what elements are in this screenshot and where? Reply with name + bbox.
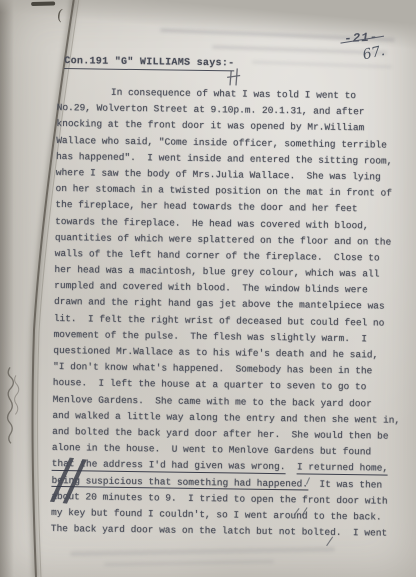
typed-text: questioned Mr.Wallace as to his wife's d… bbox=[53, 345, 378, 361]
typed-text: alone in the house. U went to Menlove Ga… bbox=[52, 442, 371, 457]
typed-text: towards the fireplace. He head was cover… bbox=[55, 215, 369, 230]
underlined-text: being suspicious that something had happ… bbox=[51, 474, 308, 490]
pencil-paren-mark: ( bbox=[56, 6, 64, 25]
underlined-text: that the address I'd had given was wrong… bbox=[52, 458, 286, 474]
statement-body: In consequence of what I was told I went… bbox=[51, 84, 413, 542]
typed-text: rumpled and covered with blood. The wind… bbox=[54, 280, 368, 295]
typed-text: It was then bbox=[308, 478, 382, 490]
typed-text: my key but found I couldn't, so I went a… bbox=[51, 507, 382, 523]
typed-text: quantities of which were splattered on t… bbox=[55, 232, 391, 248]
typed-text: the fireplace, her head towards the door… bbox=[55, 199, 357, 214]
typed-text: and bolted the back yard door after her.… bbox=[52, 426, 388, 442]
pencil-dash-mark bbox=[31, 2, 55, 6]
typed-text: Wallace who said, "Come inside officer, … bbox=[56, 135, 387, 151]
typed-text: on her stomach in a twisted position on … bbox=[55, 183, 391, 199]
typed-text: The back yard door was on the latch but … bbox=[51, 523, 387, 539]
typed-text: "I don't know what's happened. Somebody … bbox=[53, 361, 372, 376]
scanned-statement-page: ( -21- 67. Con.191 "G" WILLIAMS says:- bbox=[0, 0, 416, 577]
page-numbers: -21- 67. bbox=[344, 27, 380, 64]
underlined-text: I returned home, bbox=[297, 462, 388, 476]
document-content: ( -21- 67. Con.191 "G" WILLIAMS says:- bbox=[0, 0, 416, 577]
typed-text: No.29, Wolverton Street at 9.10p.m. 20.1… bbox=[57, 102, 365, 117]
typed-text: her head was a macintosh, blue grey colo… bbox=[54, 264, 379, 280]
typed-text: walls of the left hand corner of the fir… bbox=[55, 248, 380, 264]
typed-text: movement of the pulse. The flesh was sli… bbox=[53, 329, 367, 344]
statement-heading: Con.191 "G" WILLIAMS says:- bbox=[64, 56, 234, 71]
typed-text: lit. I felt the right wrist of deceased … bbox=[54, 313, 385, 329]
handwritten-page-number: 67. bbox=[344, 43, 386, 67]
typed-text: and walked a little way along the entry … bbox=[52, 410, 400, 426]
typed-text: where I saw the body of Mrs.Julia Wallac… bbox=[56, 167, 381, 183]
typed-text: about 20 minutes to 9. I tried to open t… bbox=[51, 491, 387, 507]
typed-text: knocking at the front door it was opened… bbox=[56, 118, 364, 133]
typed-text: drawn and the right hand gas jet above t… bbox=[54, 296, 385, 312]
typed-text bbox=[285, 461, 297, 472]
typed-page-number-struck: -21- bbox=[344, 30, 379, 46]
typed-text: has happened". I went inside and entered… bbox=[56, 151, 392, 167]
typed-text: Menlove Gardens. She came with me to the… bbox=[53, 393, 372, 408]
typed-text: house. I left the house at a quarter to … bbox=[53, 377, 367, 392]
typed-text: In consequence of what I was told I went… bbox=[111, 87, 356, 101]
